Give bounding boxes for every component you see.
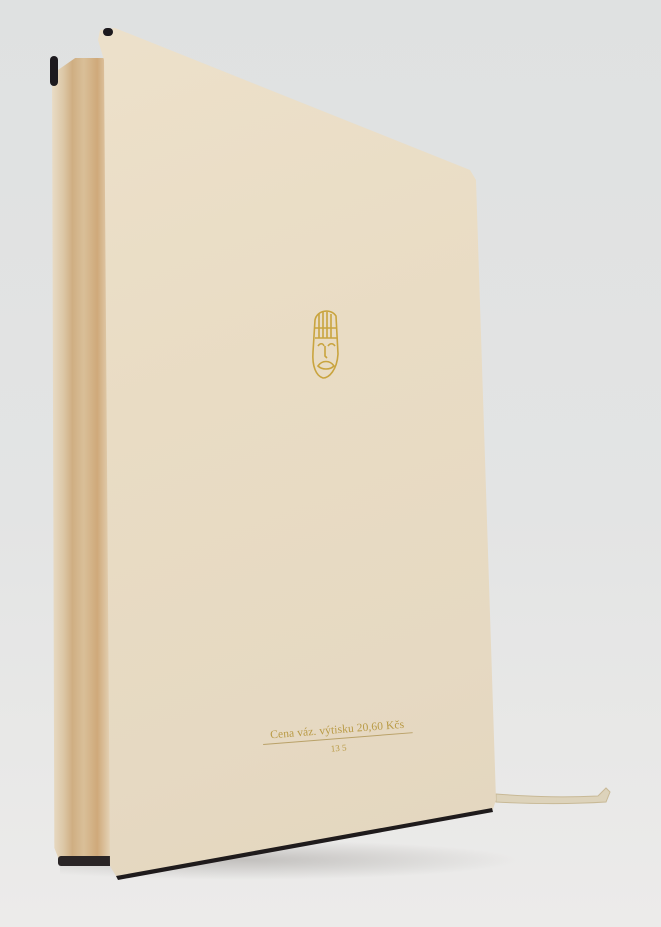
theatre-mask-icon — [309, 308, 341, 380]
book-spine — [52, 58, 110, 864]
bookmark-string — [494, 782, 614, 812]
cover-worn-corner — [103, 28, 113, 36]
book-photo: Cena váz. výtisku 20,60 Kčs 13 5 — [0, 0, 661, 927]
spine-worn-bottom-edge — [58, 856, 118, 866]
spine-worn-top-edge — [50, 56, 58, 86]
